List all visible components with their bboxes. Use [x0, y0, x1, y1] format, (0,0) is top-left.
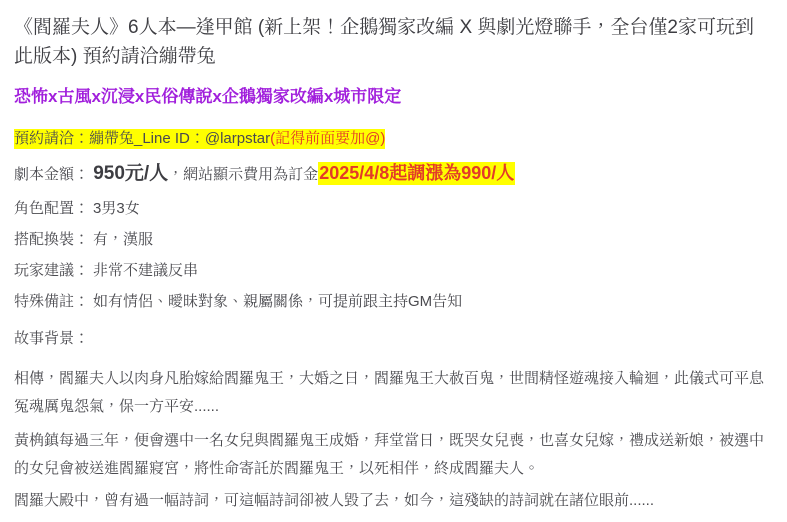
story-paragraph: 閻羅大殿中，曾有過一幅詩詞，可這幅詩詞卻被人毀了去，如今，這殘缺的詩詞就在諸位眼… [14, 487, 771, 515]
story-paragraph: 黃桷鎮每過三年，便會選中一名女兒與閻羅鬼王成婚，拜堂當日，既哭女兒喪，也喜女兒嫁… [14, 427, 771, 483]
price-increase-notice: 2025/4/8起調漲為990/人 [318, 162, 515, 185]
info-value: 有，漢服 [93, 231, 153, 248]
booking-note: (記得前面要加@) [270, 130, 385, 147]
info-label: 搭配換裝： [14, 231, 89, 248]
price-amount: 950元/人 [93, 163, 168, 184]
info-value: 非常不建議反串 [93, 262, 198, 279]
info-row-costume: 搭配換裝：有，漢服 [14, 231, 771, 249]
story-heading: 故事背景： [14, 330, 771, 348]
price-mid-text: ，網站顯示費用為訂金 [168, 166, 318, 183]
info-row-player-advice: 玩家建議：非常不建議反串 [14, 262, 771, 280]
booking-contact: 預約請洽：繃帶兔_Line ID：@larpstar [14, 130, 270, 147]
info-value: 如有情侶、曖昧對象、親屬關係，可提前跟主持GM告知 [93, 293, 462, 310]
price-label: 劇本金額： [14, 166, 89, 183]
info-label: 玩家建議： [14, 262, 89, 279]
story-paragraph: 相傳，閻羅夫人以肉身凡胎嫁給閻羅鬼王，大婚之日，閻羅鬼王大赦百鬼，世間精怪遊魂接… [14, 365, 771, 421]
info-row-special-notes: 特殊備註：如有情侶、曖昧對象、親屬關係，可提前跟主持GM告知 [14, 293, 771, 311]
price-line: 劇本金額： 950元/人，網站顯示費用為訂金2025/4/8起調漲為990/人 [14, 161, 771, 187]
info-label: 角色配置： [14, 200, 89, 217]
info-label: 特殊備註： [14, 293, 89, 310]
tags-line: 恐怖x古風x沉浸x民俗傳說x企鵝獨家改編x城市限定 [14, 87, 771, 107]
booking-line: 預約請洽：繃帶兔_Line ID：@larpstar(記得前面要加@) [14, 129, 771, 149]
page-title: 《閻羅夫人》6人本—逢甲館 (新上架！企鵝獨家改編 X 與劇光燈聯手，全台僅2家… [14, 13, 771, 71]
article-page: 《閻羅夫人》6人本—逢甲館 (新上架！企鵝獨家改編 X 與劇光燈聯手，全台僅2家… [0, 0, 787, 515]
info-row-roles: 角色配置：3男3女 [14, 200, 771, 218]
info-value: 3男3女 [93, 200, 140, 217]
